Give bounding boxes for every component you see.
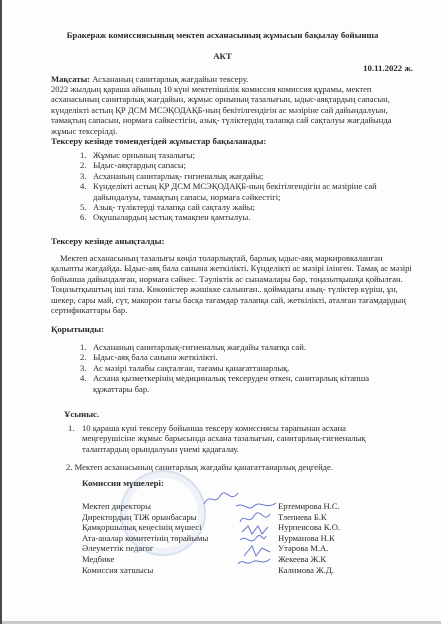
list-item: 1.Асхананың санитарлық-гигиеналық жағдай… <box>80 342 380 352</box>
member-row: Қамқоршылық кеңесінің мүшесіНурпеисова К… <box>82 522 342 533</box>
findings-heading: Тексеру кезінде анықталды: <box>51 236 164 246</box>
list-item: 3.Ас мәзірі талабы сақталған, тағамы қан… <box>80 363 380 373</box>
recommendation-heading: Ұсыныс. <box>64 409 99 419</box>
member-row: Комиссия хатшысыКалимова Ж.Д. <box>82 565 342 576</box>
document-date: 10.11.2022 ж. <box>363 63 413 73</box>
list-item: 6.Оқушылардың ыстық тамақпен қамтылуы. <box>80 212 380 222</box>
member-row: Директордың ТІЖ орынбасарыТлепиева Б.К <box>82 512 342 523</box>
recommendation-item-2: 2. Мектеп асханасының санитарлық жағдайы… <box>66 462 441 472</box>
document-title: Бракераж комиссиясының мектеп асханасыны… <box>2 30 441 40</box>
signature-icon <box>236 556 272 568</box>
intro-paragraph: 2022 жылдың қараша айының 10 күні мектеп… <box>51 84 411 136</box>
checked-heading: Тексеру кезінде төмендегідей жұмыстар ба… <box>51 136 266 146</box>
members-list: Мектеп директорыЕртемирова Н.С. Директор… <box>82 501 342 575</box>
list-item: 4.Күнделікті астың ҚР ДСМ МСЭҚОДАҚБ-ның … <box>80 181 380 202</box>
member-row: МедбикеЖекеева Ж.К <box>82 554 342 565</box>
list-item: 1.Жұмыс орнының тазалығы; <box>80 150 380 160</box>
list-item: 4.Асхана қызметкерінің медициналық тексе… <box>80 373 380 394</box>
member-row: Әлеуметтік педагогУтарова М.А. <box>82 543 342 554</box>
member-row: Ата-аналар комитетінің төрайымыНурманова… <box>82 533 342 544</box>
purpose-label: Мақсаты: <box>51 74 90 84</box>
list-item: 5.Азық- түліктерді талапқа сай сақталу ж… <box>80 202 380 212</box>
document-type: АКТ <box>2 51 441 61</box>
checked-list: 1.Жұмыс орнының тазалығы; 2.Ыдыс-аяқтард… <box>80 150 380 223</box>
conclusions-heading: Қорытынды: <box>51 324 104 334</box>
list-item: 2.Ыдыс-аяқ бала санына жеткілікті. <box>80 352 380 362</box>
list-item: 3.Асхананың санитарлық- гигиеналық жағда… <box>80 171 380 181</box>
purpose-text: Асхананың санитарлық жағдайын тексеру. <box>90 74 248 84</box>
conclusions-list: 1.Асхананың санитарлық-гигиеналық жағдай… <box>80 342 380 394</box>
list-item: 1.10 қараша күні тексеру бойынша тексеру… <box>68 423 368 454</box>
list-item: 2.Ыдыс-аяқтардың сапасы; <box>80 160 380 170</box>
recommendation-list: 1.10 қараша күні тексеру бойынша тексеру… <box>68 423 368 454</box>
document-page: Бракераж комиссиясының мектеп асханасыны… <box>0 0 441 624</box>
members-heading: Комиссия мүшелері: <box>82 478 164 488</box>
purpose-line: Мақсаты: Асхананың санитарлық жағдайын т… <box>51 74 426 84</box>
findings-paragraph: Мектеп асханасының тазалығы көңіл толарл… <box>51 253 413 315</box>
